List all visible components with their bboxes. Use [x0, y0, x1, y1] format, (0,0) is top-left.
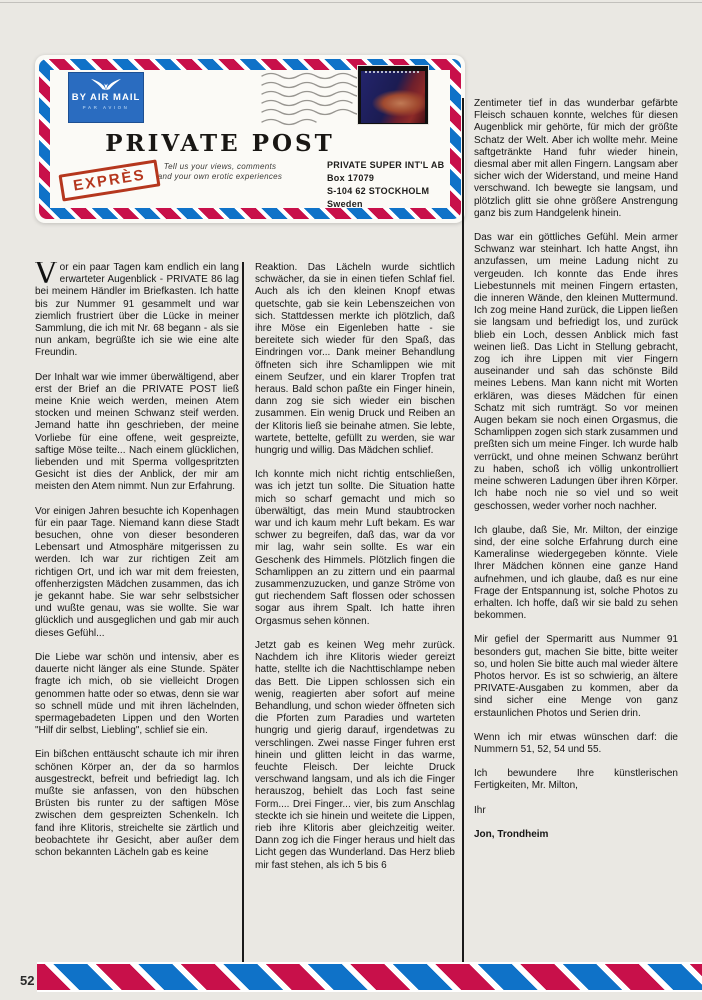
- magazine-page: BY AIR MAIL PAR AVION P: [0, 0, 702, 1000]
- paragraph: Das war ein göttliches Gefühl. Mein arme…: [474, 232, 678, 513]
- envelope-title: PRIVATE POST: [50, 130, 390, 157]
- address-line-country: Sweden: [327, 198, 444, 211]
- paragraph: Mir gefiel der Spermaritt aus Nummer 91 …: [474, 634, 678, 719]
- wings-icon: [86, 76, 126, 91]
- page-number: 52: [20, 973, 34, 988]
- address-line-box: Box 17079: [327, 172, 444, 185]
- postage-stamp: [358, 66, 428, 124]
- drop-cap: V: [35, 263, 57, 285]
- airmail-box: BY AIR MAIL PAR AVION: [68, 72, 144, 123]
- airmail-label: BY AIR MAIL: [69, 92, 143, 103]
- paragraph: Jetzt gab es keinen Weg mehr zurück. Nac…: [255, 640, 455, 872]
- article-column-3: Zentimeter tief in das wunderbar gefärbt…: [462, 98, 678, 962]
- address-block: PRIVATE SUPER INT'L AB Box 17079 S-104 6…: [327, 159, 444, 211]
- paragraph: Vor einigen Jahren besuchte ich Kopenhag…: [35, 506, 239, 640]
- paragraph: Ihr: [474, 805, 678, 817]
- signature: Jon, Trondheim: [474, 829, 678, 841]
- airmail-stripe-border: BY AIR MAIL PAR AVION P: [39, 59, 461, 219]
- par-avion-label: PAR AVION: [69, 105, 143, 110]
- address-line-company: PRIVATE SUPER INT'L AB: [327, 159, 444, 172]
- paragraph: Die Liebe war schön und intensiv, aber e…: [35, 652, 239, 737]
- stamp-photo: [361, 71, 425, 123]
- envelope-face: BY AIR MAIL PAR AVION P: [50, 70, 450, 208]
- address-line-city: S-104 62 STOCKHOLM: [327, 185, 444, 198]
- paragraph: Zentimeter tief in das wunderbar gefärbt…: [474, 98, 678, 220]
- paragraph: Ich glaube, daß Sie, Mr. Milton, der ein…: [474, 525, 678, 623]
- paragraph: Vor ein paar Tagen kam endlich ein lang …: [35, 262, 239, 360]
- paragraph: Ich bewundere Ihre künstlerischen Fertig…: [474, 768, 678, 792]
- paragraph: Ich konnte mich nicht richtig entschließ…: [255, 469, 455, 628]
- article-column-2: Reaktion. Das Lächeln wurde sichtlich sc…: [242, 262, 455, 962]
- paragraph: Reaktion. Das Lächeln wurde sichtlich sc…: [255, 262, 455, 457]
- paragraph: Der Inhalt war wie immer überwältigend, …: [35, 372, 239, 494]
- article-column-1: Vor ein paar Tagen kam endlich ein lang …: [35, 262, 239, 962]
- bottom-airmail-border: [37, 962, 702, 992]
- page-edge-line: [0, 2, 702, 3]
- envelope: BY AIR MAIL PAR AVION P: [35, 55, 465, 223]
- paragraph: Wenn ich mir etwas wünschen darf: die Nu…: [474, 732, 678, 756]
- paragraph: Ein bißchen enttäuscht schaute ich mir i…: [35, 749, 239, 859]
